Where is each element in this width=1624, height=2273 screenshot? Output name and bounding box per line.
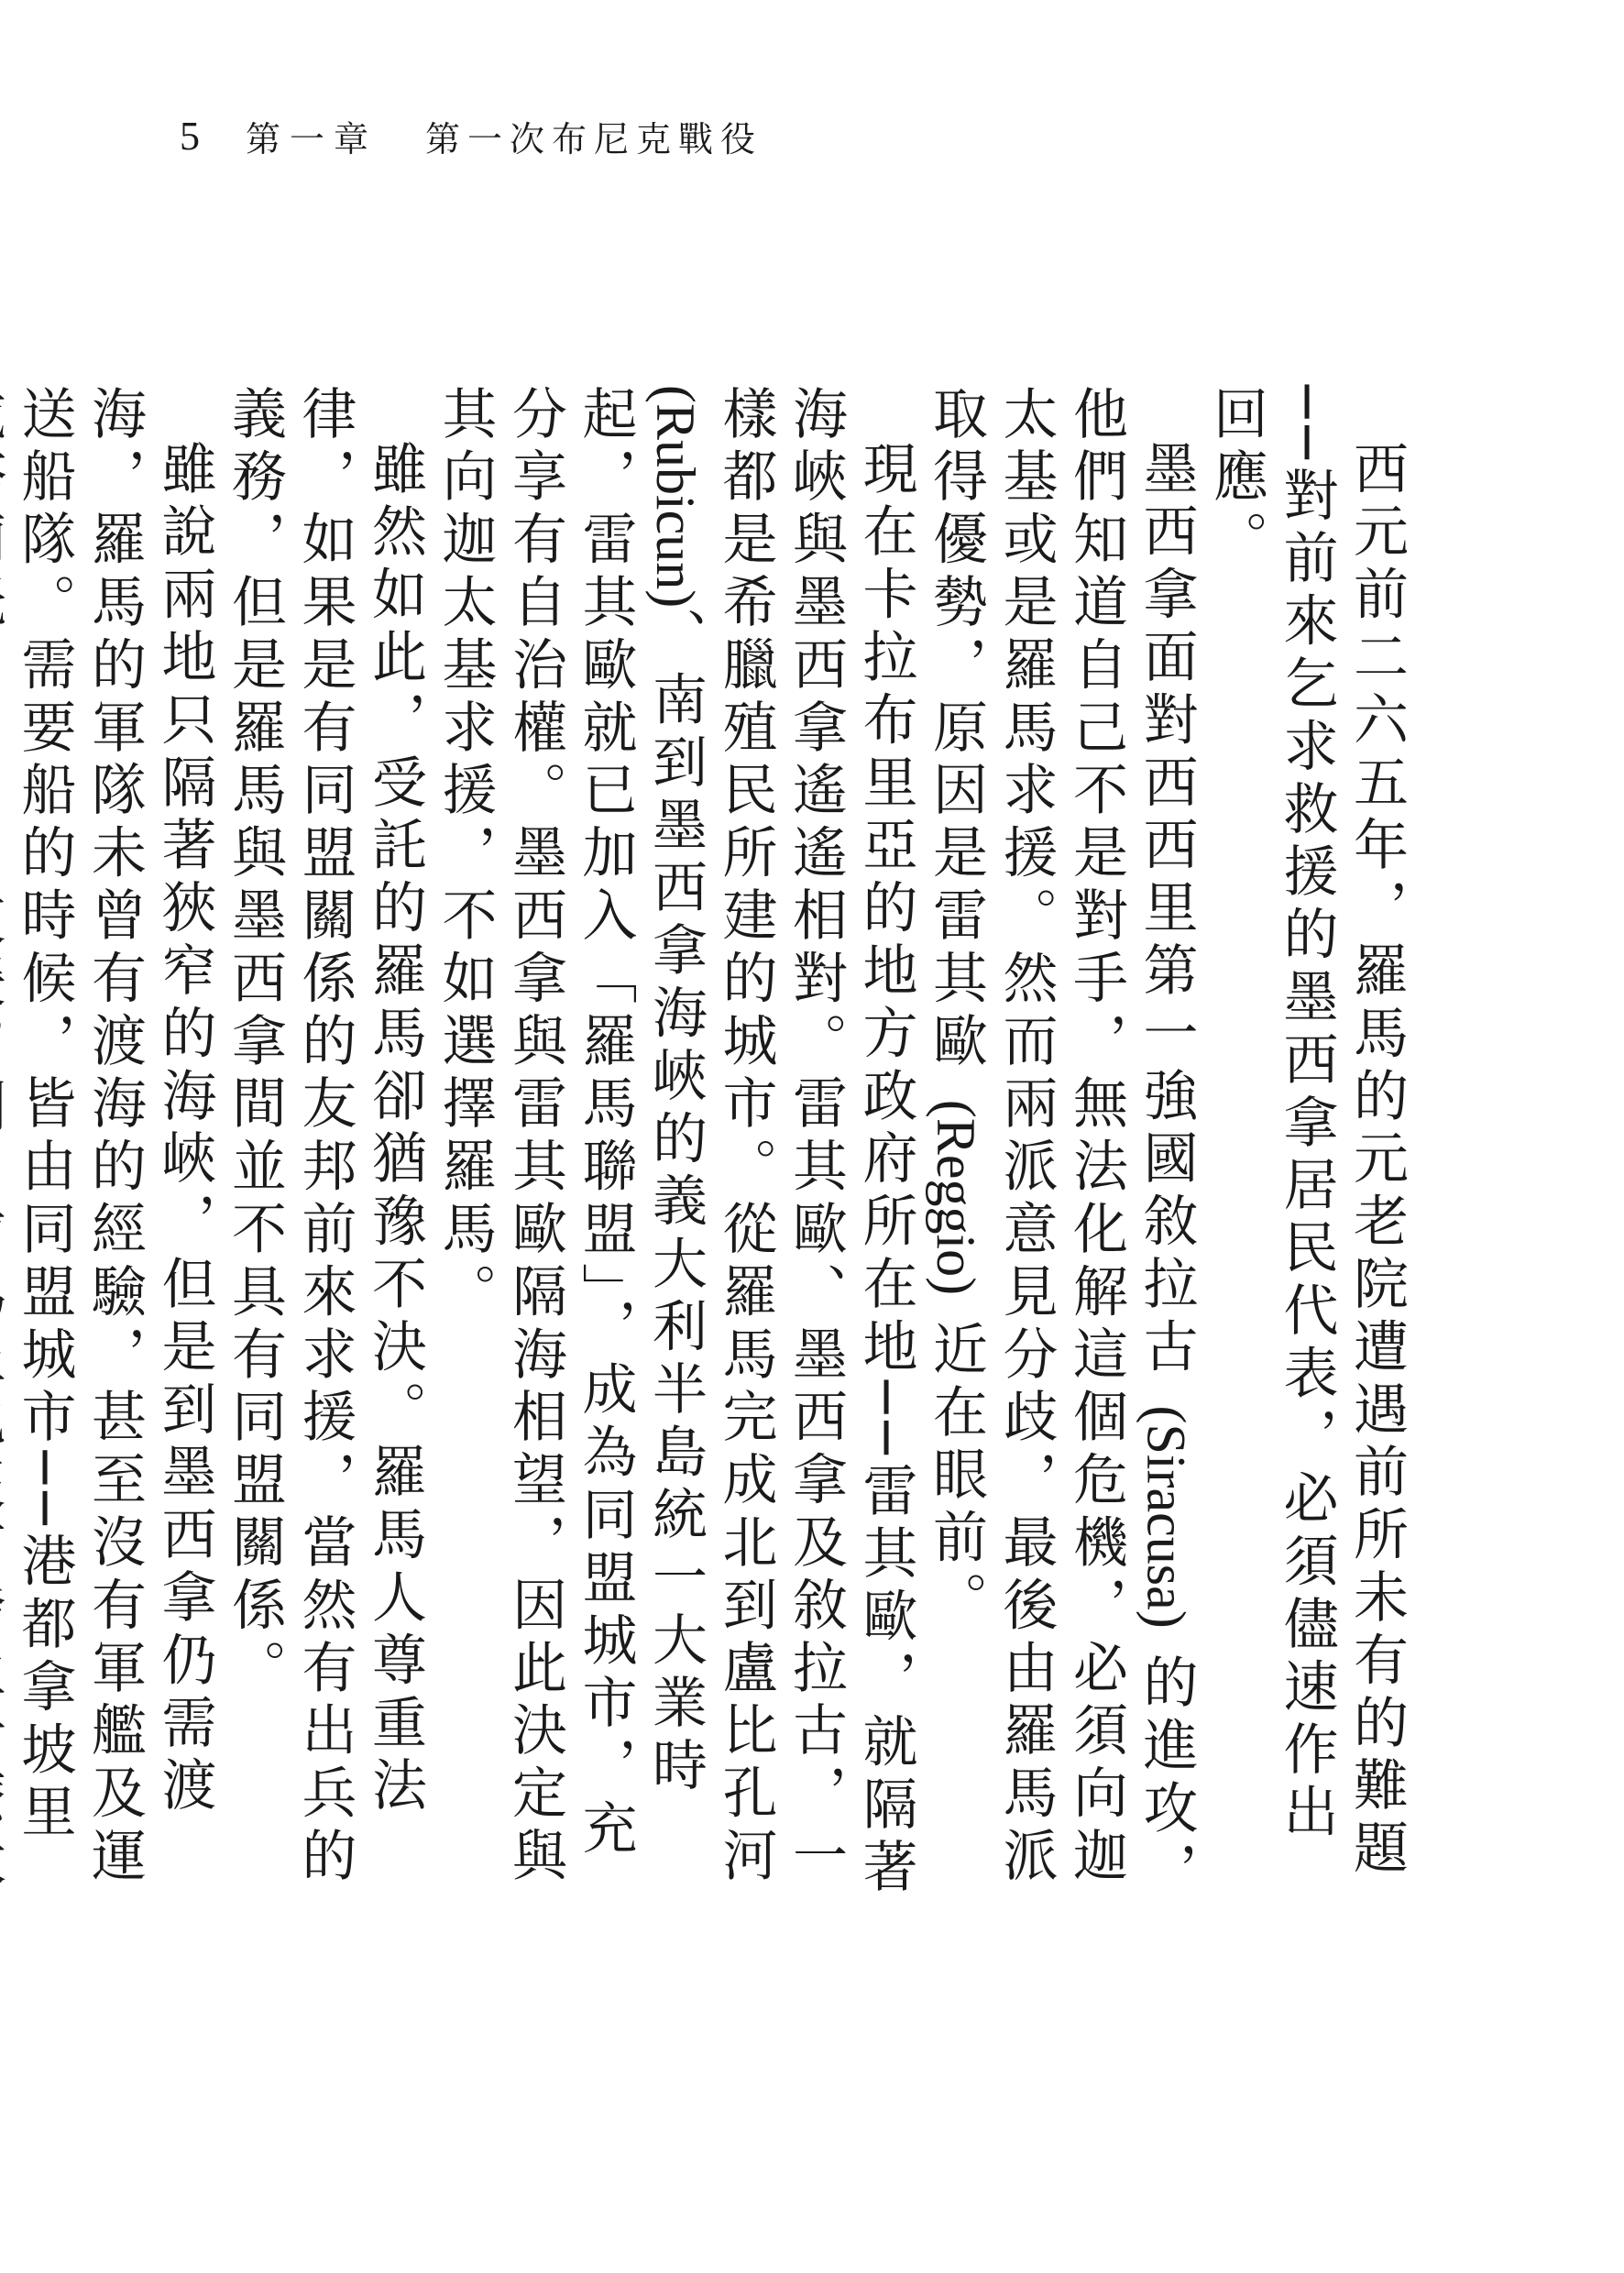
page-number: 5 <box>180 113 203 159</box>
running-header: 5 第一章 第一次布尼克戰役 <box>180 108 763 163</box>
paragraph-text: 近在眼前。 <box>924 1295 988 1633</box>
paragraph-text: 雖然如此，受託的羅馬卻猶豫不決。羅馬人尊重法律，如果是有同盟關係的友邦前來求援，… <box>223 385 427 1890</box>
latin-term: (Taranto) <box>0 661 5 864</box>
paragraph-text: 雖說兩地只隔著狹窄的海峽，但是到墨西拿仍需渡海，羅馬的軍隊未曾有渡海的經驗，甚至… <box>0 385 217 1890</box>
paragraph-text: 、南到墨西拿海峽的義大利半島統一大業時起，雷其歐就已加入「羅馬聯盟」，成為同盟城… <box>433 385 708 1890</box>
chapter-label: 第一章 <box>246 111 378 161</box>
paragraph-text: 墨西拿面對西西里第一強國敘拉古 <box>1135 440 1199 1405</box>
latin-term: (Siracusa) <box>1136 1405 1197 1628</box>
chapter-title: 第一次布尼克戰役 <box>425 111 763 161</box>
paragraph: 雖說兩地只隔著狹窄的海峽，但是到墨西拿仍需渡海，羅馬的軍隊未曾有渡海的經驗，甚至… <box>0 385 220 1906</box>
latin-term: (Reggio) <box>926 1100 986 1295</box>
paragraph-text: 西元前二六五年，羅馬的元老院遭遇前所未有的難題──對前來乞求救援的墨西拿居民代表… <box>1204 385 1409 1882</box>
paragraph-text: 現在卡拉布里亞的地方政府所在地──雷其歐，就隔著海峽與墨西拿遙遙相對。雷其歐、墨… <box>714 385 918 1901</box>
paragraph: 現在卡拉布里亞的地方政府所在地──雷其歐，就隔著海峽與墨西拿遙遙相對。雷其歐、墨… <box>430 385 921 1906</box>
vertical-text-body: 西元前二六五年，羅馬的元老院遭遇前所未有的難題──對前來乞求救援的墨西拿居民代表… <box>0 385 1411 1906</box>
paragraph: 墨西拿面對西西里第一強國敘拉古 (Siracusa) 的進攻，他們知道自己不是對… <box>921 385 1202 1906</box>
paragraph: 西元前二六五年，羅馬的元老院遭遇前所未有的難題──對前來乞求救援的墨西拿居民代表… <box>1202 385 1412 1906</box>
latin-term: (Rubicun) <box>645 385 706 608</box>
paragraph: 雖然如此，受託的羅馬卻猶豫不決。羅馬人尊重法律，如果是有同盟關係的友邦前來求援，… <box>220 385 431 1906</box>
